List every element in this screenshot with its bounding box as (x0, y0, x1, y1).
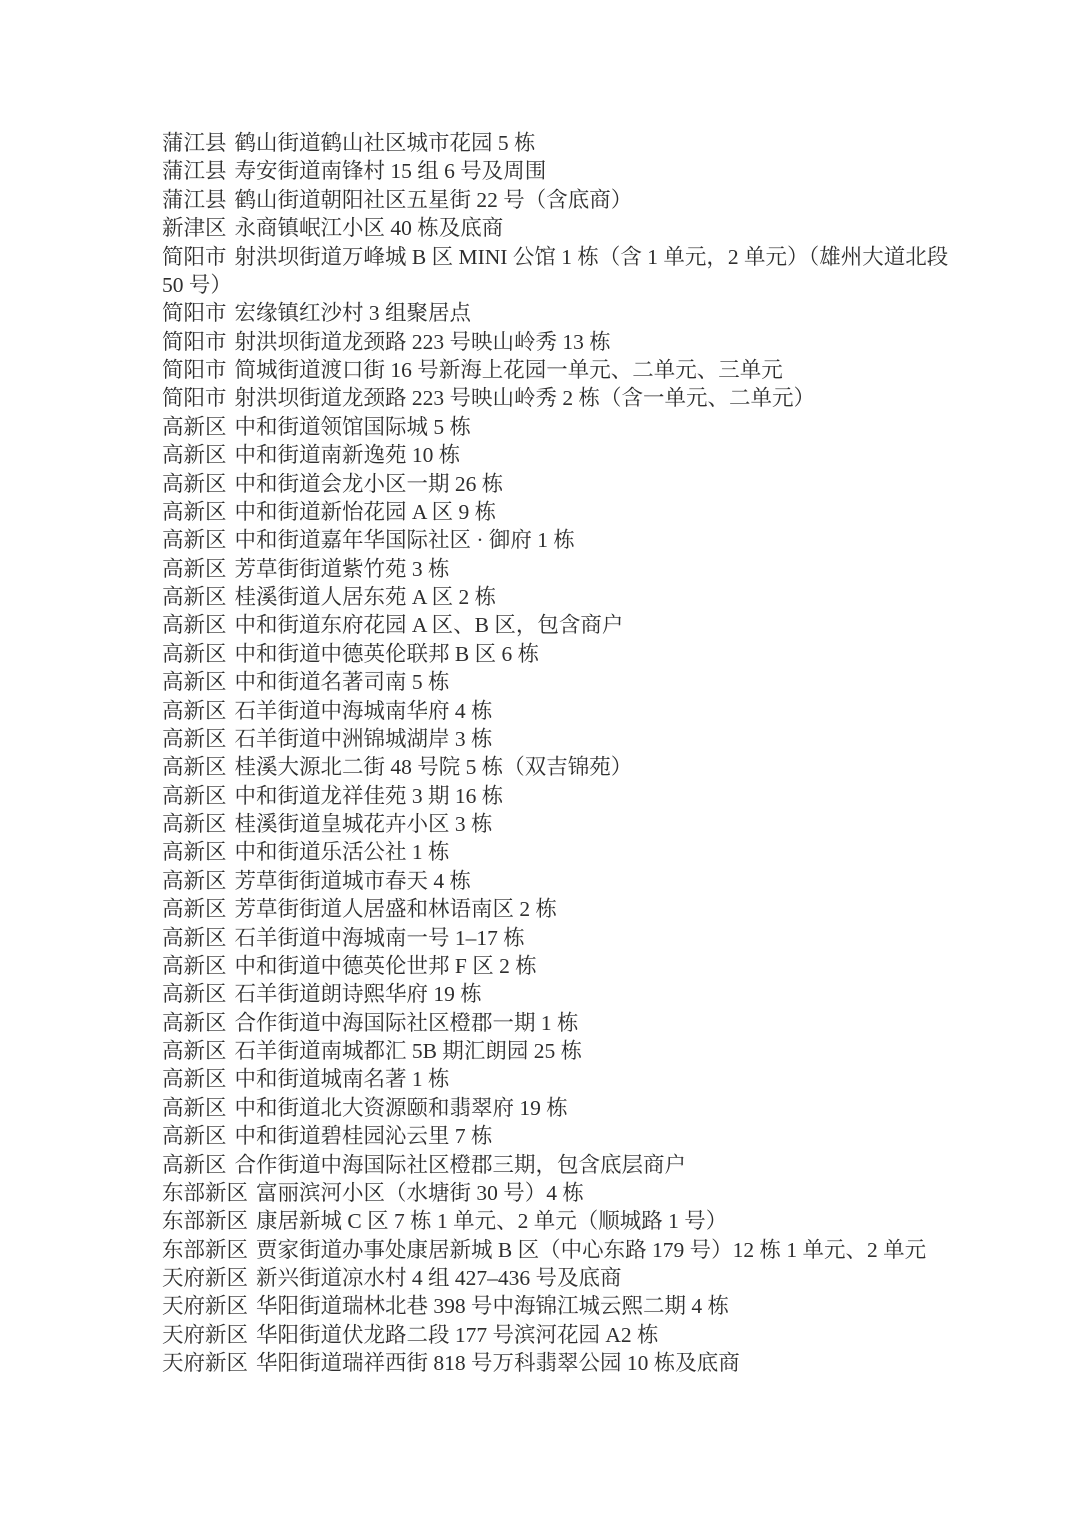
district-label: 高新区 (162, 1096, 227, 1120)
district-label: 简阳市 (162, 330, 227, 354)
address-text: 鹤山街道鹤山社区城市花园 5 栋 (235, 131, 536, 155)
list-item: 高新区石羊街道中海城南一号 1–17 栋 (162, 924, 1020, 952)
address-text: 鹤山街道朝阳社区五星街 22 号（含底商） (235, 188, 633, 212)
district-label: 东部新区 (162, 1209, 248, 1233)
list-item: 天府新区华阳街道瑞祥西街 818 号万科翡翠公园 10 栋及底商 (162, 1349, 1020, 1377)
address-text: 富丽滨河小区（水塘街 30 号）4 栋 (256, 1181, 584, 1205)
address-list: 蒲江县鹤山街道鹤山社区城市花园 5 栋 蒲江县寿安街道南锋村 15 组 6 号及… (0, 0, 1080, 1378)
address-text: 简城街道渡口街 16 号新海上花园一单元、二单元、三单元 (235, 358, 783, 382)
address-text: 中和街道南新逸苑 10 栋 (235, 443, 461, 467)
district-label: 高新区 (162, 840, 227, 864)
address-text: 桂溪街道皇城花卉小区 3 栋 (235, 812, 493, 836)
district-label: 高新区 (162, 699, 227, 723)
district-label: 高新区 (162, 1153, 227, 1177)
list-item: 高新区中和街道北大资源颐和翡翠府 19 栋 (162, 1094, 1020, 1122)
district-label: 高新区 (162, 784, 227, 808)
district-label: 高新区 (162, 472, 227, 496)
district-label: 高新区 (162, 755, 227, 779)
list-item: 高新区中和街道领馆国际城 5 栋 (162, 413, 1020, 441)
district-label: 天府新区 (162, 1266, 248, 1290)
district-label: 天府新区 (162, 1323, 248, 1347)
list-item: 简阳市宏缘镇红沙村 3 组聚居点 (162, 299, 1020, 327)
address-text: 华阳街道瑞林北巷 398 号中海锦江城云熙二期 4 栋 (256, 1294, 729, 1318)
district-label: 高新区 (162, 727, 227, 751)
district-label: 高新区 (162, 1039, 227, 1063)
address-text: 射洪坝街道龙颈路 223 号映山岭秀 13 栋 (235, 330, 611, 354)
address-text: 康居新城 C 区 7 栋 1 单元、2 单元（顺城路 1 号） (256, 1209, 727, 1233)
list-item: 高新区桂溪街道皇城花卉小区 3 栋 (162, 810, 1020, 838)
list-item: 简阳市简城街道渡口街 16 号新海上花园一单元、二单元、三单元 (162, 356, 1020, 384)
district-label: 高新区 (162, 670, 227, 694)
address-text: 中和街道会龙小区一期 26 栋 (235, 472, 504, 496)
district-label: 高新区 (162, 557, 227, 581)
district-label: 高新区 (162, 500, 227, 524)
address-text: 桂溪大源北二街 48 号院 5 栋（双吉锦苑） (235, 755, 633, 779)
district-label: 高新区 (162, 897, 227, 921)
district-label: 蒲江县 (162, 188, 227, 212)
address-text: 中和街道中德英伦世邦 F 区 2 栋 (235, 954, 537, 978)
district-label: 高新区 (162, 443, 227, 467)
address-text: 永商镇岷江小区 40 栋及底商 (235, 216, 504, 240)
district-label: 高新区 (162, 926, 227, 950)
list-item: 高新区石羊街道南城都汇 5B 期汇朗园 25 栋 (162, 1037, 1020, 1065)
list-item: 天府新区新兴街道凉水村 4 组 427–436 号及底商 (162, 1264, 1020, 1292)
list-item: 高新区中和街道名著司南 5 栋 (162, 668, 1020, 696)
list-item: 高新区石羊街道朗诗熙华府 19 栋 (162, 980, 1020, 1008)
list-item: 高新区中和街道东府花园 A 区、B 区，包含商户 (162, 611, 1020, 639)
list-item: 东部新区贾家街道办事处康居新城 B 区（中心东路 179 号）12 栋 1 单元… (162, 1236, 1020, 1264)
district-label: 简阳市 (162, 301, 227, 325)
address-text: 芳草街街道人居盛和林语南区 2 栋 (235, 897, 558, 921)
district-label: 天府新区 (162, 1351, 248, 1375)
district-label: 高新区 (162, 1124, 227, 1148)
list-item: 高新区中和街道乐活公社 1 栋 (162, 838, 1020, 866)
list-item: 东部新区富丽滨河小区（水塘街 30 号）4 栋 (162, 1179, 1020, 1207)
address-text: 中和街道龙祥佳苑 3 期 16 栋 (235, 784, 504, 808)
list-item: 高新区中和街道南新逸苑 10 栋 (162, 441, 1020, 469)
list-item: 高新区石羊街道中洲锦城湖岸 3 栋 (162, 725, 1020, 753)
address-text: 中和街道东府花园 A 区、B 区，包含商户 (235, 613, 624, 637)
district-label: 简阳市 (162, 245, 227, 269)
list-item: 天府新区华阳街道伏龙路二段 177 号滨河花园 A2 栋 (162, 1321, 1020, 1349)
list-item: 东部新区康居新城 C 区 7 栋 1 单元、2 单元（顺城路 1 号） (162, 1207, 1020, 1235)
address-text: 中和街道碧桂园沁云里 7 栋 (235, 1124, 493, 1148)
address-text: 石羊街道中海城南一号 1–17 栋 (235, 926, 525, 950)
address-text: 中和街道嘉年华国际社区 · 御府 1 栋 (235, 528, 575, 552)
address-text: 华阳街道瑞祥西街 818 号万科翡翠公园 10 栋及底商 (256, 1351, 740, 1375)
list-item: 蒲江县鹤山街道朝阳社区五星街 22 号（含底商） (162, 186, 1020, 214)
address-text: 中和街道名著司南 5 栋 (235, 670, 450, 694)
address-text: 新兴街道凉水村 4 组 427–436 号及底商 (256, 1266, 622, 1290)
address-text: 石羊街道中洲锦城湖岸 3 栋 (235, 727, 493, 751)
list-item: 高新区芳草街街道城市春天 4 栋 (162, 867, 1020, 895)
address-continuation: 50 号） (162, 271, 1020, 299)
district-label: 新津区 (162, 216, 227, 240)
address-text: 华阳街道伏龙路二段 177 号滨河花园 A2 栋 (256, 1323, 659, 1347)
list-item: 高新区中和街道碧桂园沁云里 7 栋 (162, 1122, 1020, 1150)
list-item: 高新区中和街道嘉年华国际社区 · 御府 1 栋 (162, 526, 1020, 554)
district-label: 高新区 (162, 585, 227, 609)
district-label: 高新区 (162, 528, 227, 552)
address-text: 中和街道中德英伦联邦 B 区 6 栋 (235, 642, 540, 666)
list-item: 高新区中和街道中德英伦世邦 F 区 2 栋 (162, 952, 1020, 980)
district-label: 高新区 (162, 613, 227, 637)
address-text: 贾家街道办事处康居新城 B 区（中心东路 179 号）12 栋 1 单元、2 单… (256, 1238, 926, 1262)
address-text: 宏缘镇红沙村 3 组聚居点 (235, 301, 472, 325)
list-item: 高新区芳草街街道人居盛和林语南区 2 栋 (162, 895, 1020, 923)
list-item: 简阳市射洪坝街道万峰城 B 区 MINI 公馆 1 栋（含 1 单元，2 单元）… (162, 243, 1020, 300)
address-text: 石羊街道中海城南华府 4 栋 (235, 699, 493, 723)
list-item: 高新区中和街道新怡花园 A 区 9 栋 (162, 498, 1020, 526)
address-text: 中和街道北大资源颐和翡翠府 19 栋 (235, 1096, 568, 1120)
list-item: 新津区永商镇岷江小区 40 栋及底商 (162, 214, 1020, 242)
district-label: 蒲江县 (162, 131, 227, 155)
list-item: 蒲江县寿安街道南锋村 15 组 6 号及周围 (162, 157, 1020, 185)
district-label: 高新区 (162, 982, 227, 1006)
district-label: 高新区 (162, 1011, 227, 1035)
address-text: 桂溪街道人居东苑 A 区 2 栋 (235, 585, 497, 609)
address-text: 合作街道中海国际社区橙郡三期，包含底层商户 (235, 1153, 687, 1177)
district-label: 高新区 (162, 415, 227, 439)
district-label: 高新区 (162, 869, 227, 893)
address-text: 中和街道新怡花园 A 区 9 栋 (235, 500, 497, 524)
address-text: 合作街道中海国际社区橙郡一期 1 栋 (235, 1011, 579, 1035)
address-text: 石羊街道朗诗熙华府 19 栋 (235, 982, 482, 1006)
address-text: 芳草街街道城市春天 4 栋 (235, 869, 472, 893)
district-label: 简阳市 (162, 386, 227, 410)
district-label: 高新区 (162, 642, 227, 666)
list-item: 高新区合作街道中海国际社区橙郡一期 1 栋 (162, 1009, 1020, 1037)
list-item: 天府新区华阳街道瑞林北巷 398 号中海锦江城云熙二期 4 栋 (162, 1292, 1020, 1320)
address-text: 中和街道乐活公社 1 栋 (235, 840, 450, 864)
list-item: 简阳市射洪坝街道龙颈路 223 号映山岭秀 13 栋 (162, 328, 1020, 356)
district-label: 东部新区 (162, 1181, 248, 1205)
district-label: 东部新区 (162, 1238, 248, 1262)
district-label: 天府新区 (162, 1294, 248, 1318)
district-label: 简阳市 (162, 358, 227, 382)
list-item: 高新区合作街道中海国际社区橙郡三期，包含底层商户 (162, 1151, 1020, 1179)
address-text: 中和街道领馆国际城 5 栋 (235, 415, 472, 439)
address-text: 中和街道城南名著 1 栋 (235, 1067, 450, 1091)
address-text: 芳草街街道紫竹苑 3 栋 (235, 557, 450, 581)
district-label: 高新区 (162, 1067, 227, 1091)
list-item: 简阳市射洪坝街道龙颈路 223 号映山岭秀 2 栋（含一单元、二单元） (162, 384, 1020, 412)
list-item: 蒲江县鹤山街道鹤山社区城市花园 5 栋 (162, 129, 1020, 157)
list-item: 高新区石羊街道中海城南华府 4 栋 (162, 697, 1020, 725)
list-item: 高新区桂溪大源北二街 48 号院 5 栋（双吉锦苑） (162, 753, 1020, 781)
address-text: 射洪坝街道万峰城 B 区 MINI 公馆 1 栋（含 1 单元，2 单元）（雄州… (235, 245, 949, 269)
address-text: 石羊街道南城都汇 5B 期汇朗园 25 栋 (235, 1039, 583, 1063)
list-item: 高新区芳草街街道紫竹苑 3 栋 (162, 555, 1020, 583)
list-item: 高新区桂溪街道人居东苑 A 区 2 栋 (162, 583, 1020, 611)
list-item: 高新区中和街道中德英伦联邦 B 区 6 栋 (162, 640, 1020, 668)
list-item: 高新区中和街道龙祥佳苑 3 期 16 栋 (162, 782, 1020, 810)
list-item: 高新区中和街道会龙小区一期 26 栋 (162, 470, 1020, 498)
district-label: 蒲江县 (162, 159, 227, 183)
district-label: 高新区 (162, 954, 227, 978)
district-label: 高新区 (162, 812, 227, 836)
address-text: 寿安街道南锋村 15 组 6 号及周围 (235, 159, 547, 183)
address-text: 射洪坝街道龙颈路 223 号映山岭秀 2 栋（含一单元、二单元） (235, 386, 816, 410)
list-item: 高新区中和街道城南名著 1 栋 (162, 1065, 1020, 1093)
